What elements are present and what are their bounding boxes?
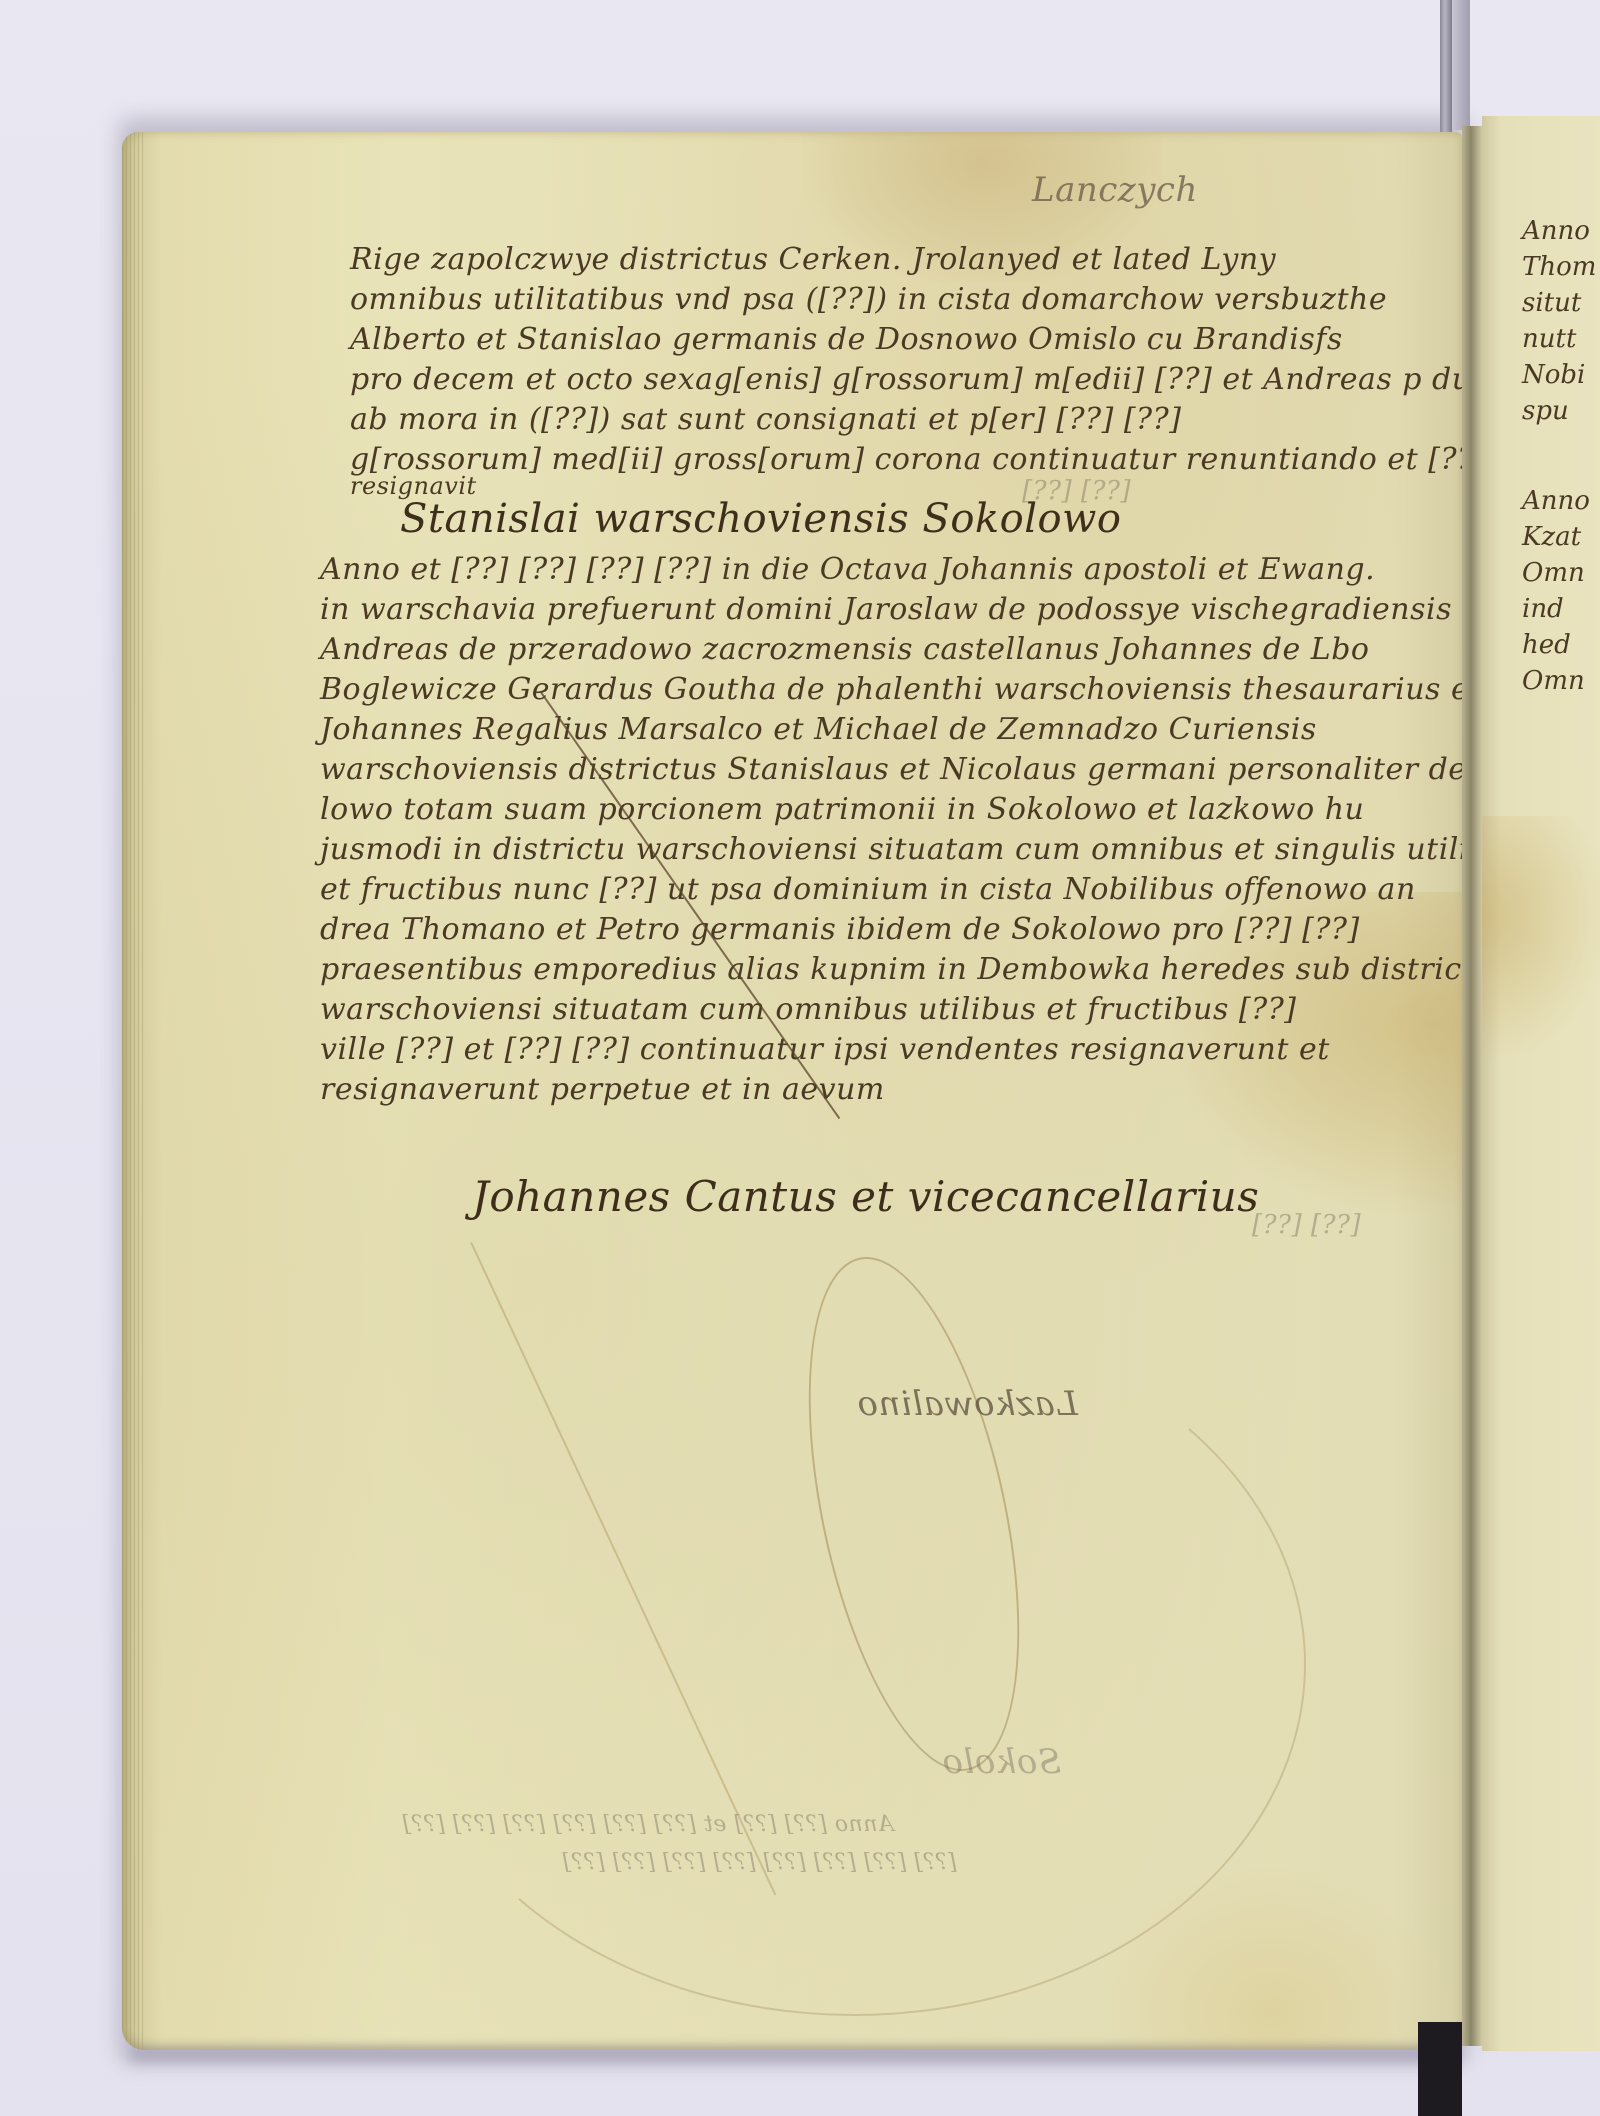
right-page-edge: Anno Thom situt nutt Nobi spu Anno Kzat … xyxy=(1482,116,1600,2051)
right-fragment-12: Omn xyxy=(1522,666,1585,696)
mirrored-offset-text: Lazkowalino xyxy=(857,1384,1078,1424)
water-stain-right-page xyxy=(1482,816,1600,1066)
entry-2-line-7: lowo totam suam porcionem patrimonii in … xyxy=(320,792,1364,827)
page-edge xyxy=(122,132,144,2050)
entry-2-line-1: Anno et [??] [??] [??] [??] in die Octav… xyxy=(320,552,1375,587)
bleedthrough-line-2: [??] [??] [??] [??] [??] [??] [??] [??] xyxy=(562,1850,957,1875)
right-fragment-6: spu xyxy=(1522,396,1569,426)
entry-2-line-9: et fructibus nunc [??] ut psa dominium i… xyxy=(320,872,1416,907)
faint-marginal-note: [??] [??] xyxy=(1252,1210,1361,1240)
scan-background: Lanczych Rige zapolczwye districtus Cerk… xyxy=(0,0,1600,2116)
entry-2-line-13: ville [??] et [??] [??] continuatur ipsi… xyxy=(320,1032,1330,1067)
right-fragment-5: Nobi xyxy=(1522,360,1585,390)
right-fragment-1: Anno xyxy=(1522,216,1590,246)
right-fragment-8: Kzat xyxy=(1522,522,1581,552)
entry-2-line-5: Johannes Regalius Marsalco et Michael de… xyxy=(320,712,1317,747)
right-fragment-4: nutt xyxy=(1522,324,1576,354)
entry-1-line-4: pro decem et octo sexag[enis] g[rossorum… xyxy=(350,362,1462,397)
entry-1-line-1: Rige zapolczwye districtus Cerken. Jrola… xyxy=(350,242,1276,277)
top-marginal-note: Lanczych xyxy=(1032,170,1198,210)
entry-2-line-2: in warschavia prefuerunt domini Jaroslaw… xyxy=(320,592,1452,627)
entry-2-line-10: drea Thomano et Petro germanis ibidem de… xyxy=(320,912,1360,947)
right-fragment-9: Omn xyxy=(1522,558,1585,588)
entry-1-line-2: omnibus utilitatibus vnd psa ([??]) in c… xyxy=(350,282,1387,317)
signature: Johannes Cantus et vicecancellarius xyxy=(472,1172,1259,1221)
black-clamp-tab xyxy=(1418,2022,1462,2116)
mirrored-bottom-word: Sokolo xyxy=(942,1742,1061,1782)
bleedthrough-flourish-2 xyxy=(402,1312,1306,2016)
right-fragment-2: Thom xyxy=(1522,252,1596,282)
entry-2-line-14: resignaverunt perpetue et in aevum xyxy=(320,1072,885,1107)
left-page: Lanczych Rige zapolczwye districtus Cerk… xyxy=(122,132,1462,2050)
entry-1-line-6: g[rossorum] med[ii] gross[orum] corona c… xyxy=(350,442,1462,477)
right-fragment-11: hed xyxy=(1522,630,1571,660)
right-fragment-10: ind xyxy=(1522,594,1564,624)
entry-1-line-5: ab mora in ([??]) sat sunt consignati et… xyxy=(350,402,1181,437)
entry-1-line-3: Alberto et Stanislao germanis de Dosnowo… xyxy=(350,322,1343,357)
entry-2-line-3: Andreas de przeradowo zacrozmensis caste… xyxy=(320,632,1369,667)
right-fragment-7: Anno xyxy=(1522,486,1590,516)
entry-2-line-11: praesentibus emporedius alias kupnim in … xyxy=(320,952,1462,987)
metal-clamp-strip-top xyxy=(1452,0,1470,130)
right-fragment-3: situt xyxy=(1522,288,1581,318)
entry-2-line-12: warschoviensi situatam cum omnibus utili… xyxy=(320,992,1297,1027)
bleedthrough-line-1: Anno [??] [??] et [??] [??] [??] [??] [?… xyxy=(402,1812,894,1837)
entry-2-line-6: warschoviensis districtus Stanislaus et … xyxy=(320,752,1462,787)
book-gutter xyxy=(1462,126,1482,2046)
entry-2-line-8: jusmodi in districtu warschoviensi situa… xyxy=(320,832,1462,867)
entry-2-line-4: Boglewicze Gerardus Goutha de phalenthi … xyxy=(320,672,1462,707)
entry-2-heading: Stanislai warschoviensis Sokolowo xyxy=(400,496,1121,542)
page-bottom-shadow xyxy=(130,2048,1460,2062)
